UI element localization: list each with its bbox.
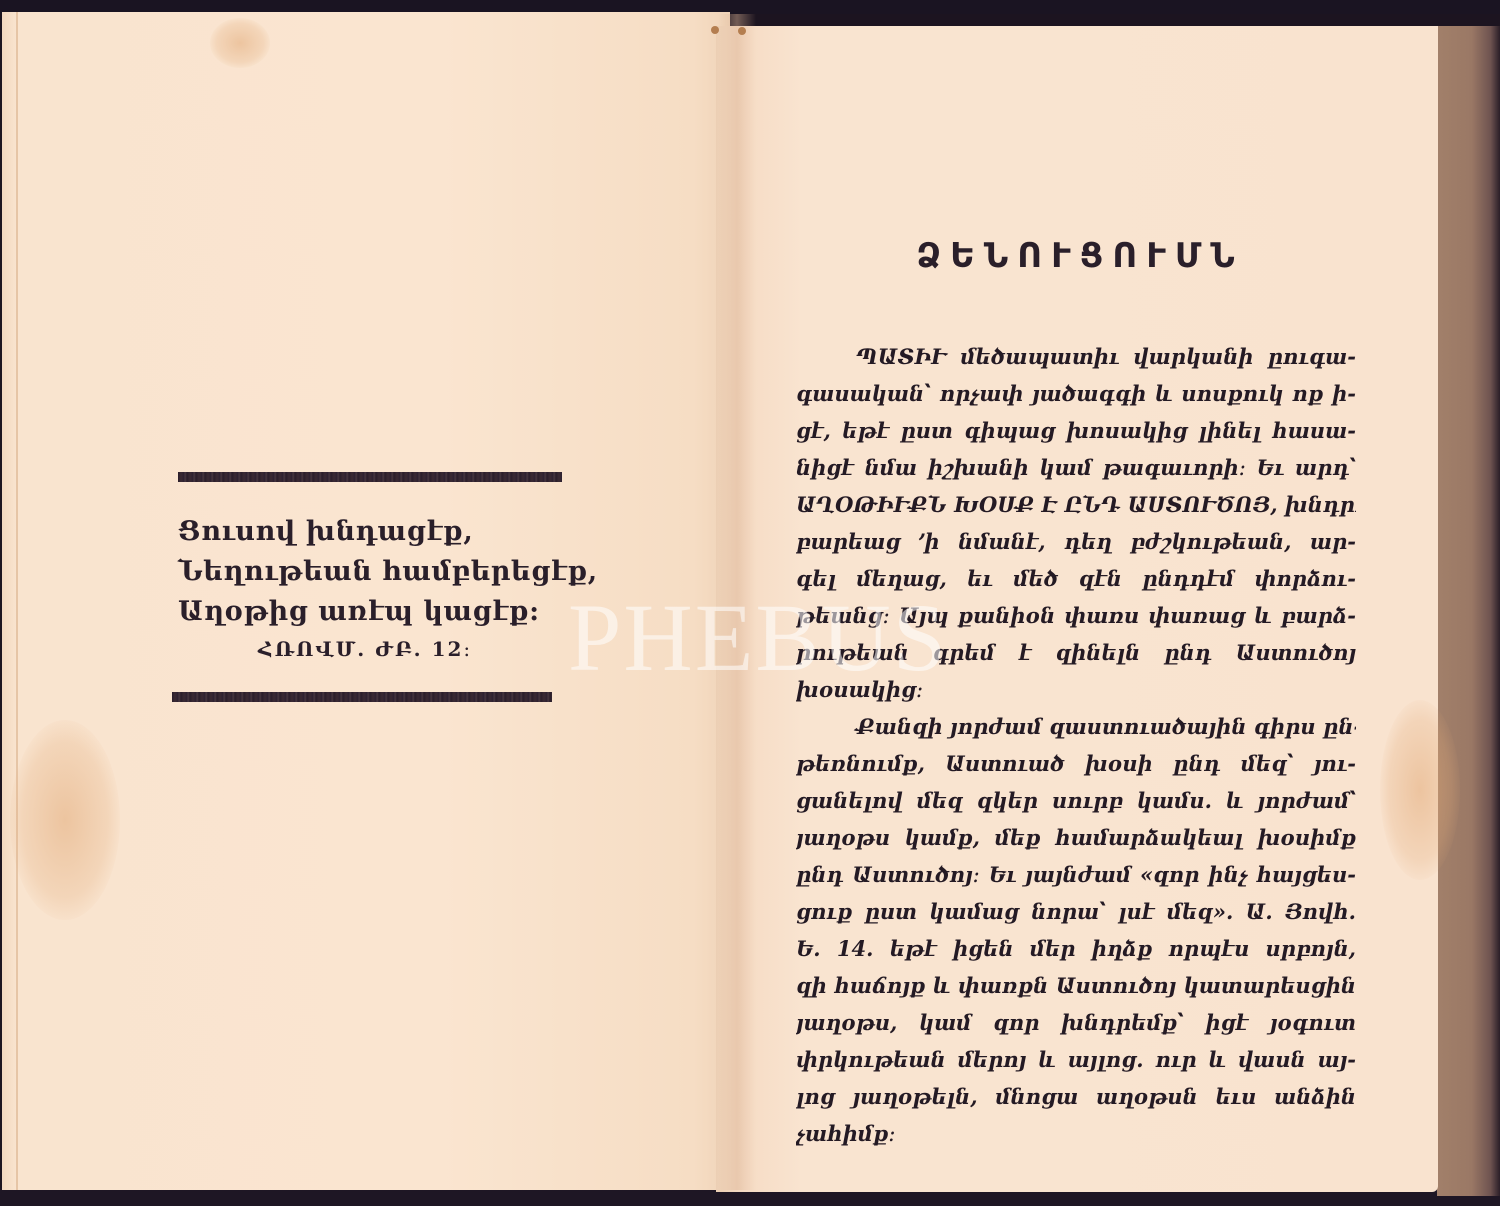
text-line: ցուք ըստ կամաց նորա՝ լսէ մեզ»․ Ա․ Յովհ․ [796,893,1356,930]
text-line: խօսակից։ [796,671,1356,708]
body-text: ՊԱՏԻՒ մեծապատիւ վարկանի ըուգա- գասական՝ … [796,338,1356,1152]
book-gutter [718,14,756,1190]
text-line: թեանց։ Այպ քանիօն փառս փառաց և բարձ- [796,597,1356,634]
paper-stain-top [210,18,270,68]
book-scan: Ցուսով խնդացէք, Նեղութեան համբերեցէք, Աղ… [0,0,1500,1206]
epigraph-line: Աղօթից առէպ կացէք: [178,592,578,632]
text-line: ցէ, եթէ ըստ գիպաց խոսակից լինել հասա- [796,412,1356,449]
paragraph-2: Քանզի յորժամ զաստուածային գիրս ըն- թեռնո… [796,708,1356,1152]
text-line: յաղօթս, կամ զոր խնդրեմք՝ իցէ յօգուտ [796,1004,1356,1041]
text-line: թեռնումք, Աստուած խօսի ընդ մեզ՝ յու- [796,745,1356,782]
text-line: ցանելով մեզ զկեր սուրբ կամս․ և յորժամ՝ [796,782,1356,819]
text-line: գել մեղաց, եւ մեծ զէն ընդդէմ փորձու- [796,560,1356,597]
chapter-title: ՁԵՆՈՒՑՈՒՄՆ [900,236,1260,276]
text-line: նիցէ նմա իշխանի կամ թագաւորի։ Եւ արդ՝ [796,449,1356,486]
text-line: Քանզի յորժամ զաստուածային գիրս ըն- [796,708,1356,745]
text-line: լոց յաղօթելն, մնոցա աղօթսն եւս անձին [796,1078,1356,1115]
epigraph-line: Նեղութեան համբերեցէք, [178,552,578,592]
text-line: բարեաց ՚ի նմանէ, դեղ բժշկութեան, ար- [796,523,1356,560]
text-line: ընդ Աստուծոյ։ Եւ յայնժամ «զոր ինչ հայցես… [796,856,1356,893]
text-line: փրկութեան մերոյ և այլոց․ ուր և վասն այ- [796,1041,1356,1078]
paragraph-1: ՊԱՏԻՒ մեծապատիւ վարկանի ըուգա- գասական՝ … [796,338,1356,708]
binding-staple-hole [738,27,746,35]
paper-stain-right [1380,700,1460,880]
text-line: գասական՝ որչափ յածագգի և սոսքուկ ոք ի- [796,375,1356,412]
binding-staple-hole [711,26,719,34]
text-line: ՊԱՏԻՒ մեծապատիւ վարկանի ըուգա- [796,338,1356,375]
text-line: յաղօթս կամք, մեք համարձակեալ խօսիմք [796,819,1356,856]
bottom-ornamental-rule [172,692,552,702]
text-line: Ե․ 14․ եթէ իցեն մեր իղձք որպէս սրբոյն, [796,930,1356,967]
text-line: չահիմք։ [796,1115,1356,1152]
text-line: րութեան գրեմ է զինելն ընդ Աստուծոյ [796,634,1356,671]
text-line: ԱՂՕԹԻՒՔՆ ԽՕՍՔ Է ԸՆԴ ԱՍՏՈՒԾՈՅ, խնդրուածք [796,486,1356,523]
epigraph: Ցուսով խնդացէք, Նեղութեան համբերեցէք, Աղ… [178,512,578,666]
epigraph-reference: ՀՌՈՎՄ․ ԺԲ․ 12։ [258,632,578,666]
epigraph-line: Ցուսով խնդացէք, [178,512,578,552]
book-cover-edge [1437,26,1500,1196]
page-fold-line [16,12,18,1190]
text-line: զի հաճոյք և փառքն Աստուծոյ կատարեսցին [796,967,1356,1004]
top-ornamental-rule [178,472,562,482]
paper-stain-left [10,720,120,920]
